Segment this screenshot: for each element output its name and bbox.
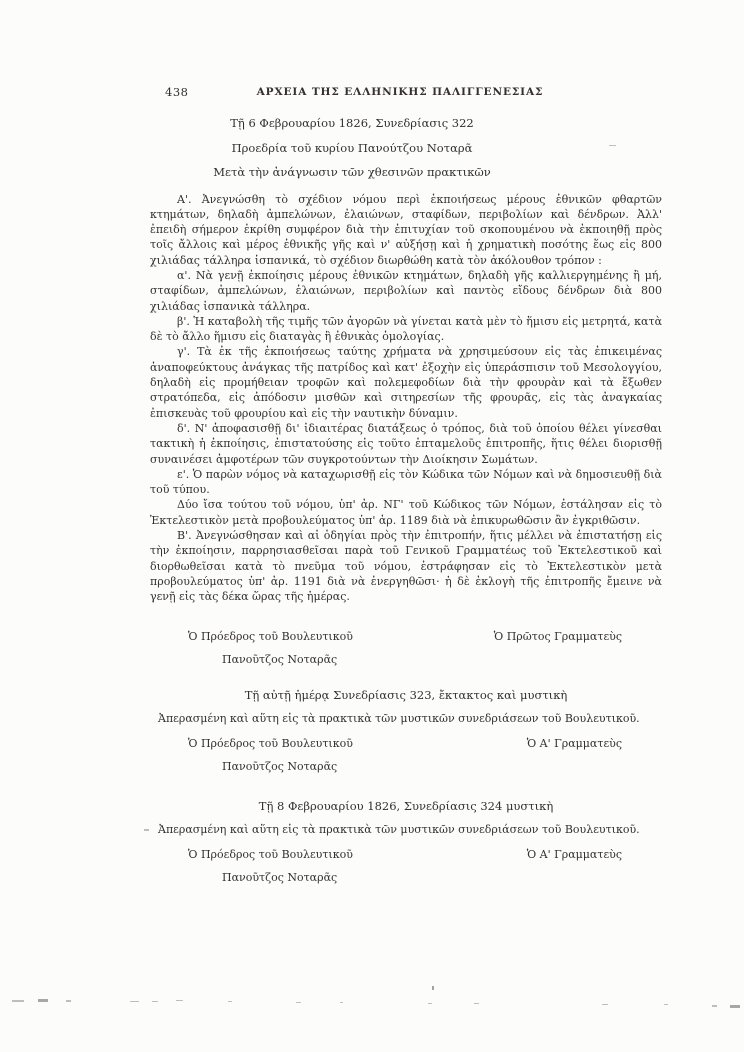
paragraph-copies: Δύο ἴσα τούτου τοῦ νόμου, ὑπ' ἀρ. ΝΓ' το… <box>150 497 662 528</box>
scan-speck <box>66 1000 71 1002</box>
paragraph-beta: β'. Ἡ καταβολὴ τῆς τιμῆς τῶν ἀγορῶν νὰ γ… <box>150 314 662 345</box>
scan-speck <box>130 1001 139 1002</box>
scan-speck <box>602 1004 608 1005</box>
session-324-heading: Τῇ 8 Φεβρουαρίου 1826, Συνεδρίασις 324 μ… <box>150 798 662 814</box>
president-title: Ὁ Πρόεδρος τοῦ Βουλευτικοῦ <box>188 736 353 751</box>
scan-speck <box>228 1001 232 1002</box>
scan-speck <box>176 1000 183 1001</box>
session-323-body: Ἀπερασμένη καὶ αὕτη εἰς τὰ πρακτικὰ τῶν … <box>150 711 662 726</box>
president-title: Ὁ Πρόεδρος τοῦ Βουλευτικοῦ <box>188 847 353 862</box>
secretary-title: Ὁ Α' Γραμματεὺς <box>527 736 622 751</box>
session-323: Τῇ αὐτῇ ἡμέρᾳ Συνεδρίασις 323, ἔκτακτος … <box>150 687 662 774</box>
paragraph-delta: δ'. Ν' ἀποφασισθῇ δι' ἰδιαιτέρας διατάξε… <box>150 421 662 467</box>
scan-speck <box>432 986 434 990</box>
document-page: 438 ΑΡΧΕΙΑ ΤΗΣ ΕΛΛΗΝΙΚΗΣ ΠΑΛΙΓΓΕΝΕΣΙΑΣ Τ… <box>0 0 744 1052</box>
scan-speck <box>340 1002 343 1003</box>
scan-speck <box>152 1001 158 1002</box>
president-title: Ὁ Πρόεδρος τοῦ Βουλευτικοῦ <box>188 629 353 644</box>
scan-speck <box>609 145 616 146</box>
session-322-heading-block: Τῇ 6 Φεβρουαρίου 1826, Συνεδρίασις 322 Π… <box>150 111 554 185</box>
secretary-title: Ὁ Πρῶτος Γραμματεὺς <box>494 629 622 644</box>
paragraph-epsilon: ε'. Ὁ παρὼν νόμος νὰ καταχωρισθῇ εἰς τὸν… <box>150 467 662 498</box>
session-324: Τῇ 8 Φεβρουαρίου 1826, Συνεδρίασις 324 μ… <box>150 798 662 885</box>
secretary-title: Ὁ Α' Γραμματεὺς <box>527 847 622 862</box>
signature-block-324: Ὁ Πρόεδρος τοῦ Βουλευτικοῦ Ὁ Α' Γραμματε… <box>150 847 662 885</box>
paragraph-B: Β'. Ἀνεγνώσθησαν καὶ αἱ ὁδηγίαι πρὸς τὴν… <box>150 528 662 604</box>
paragraph-A: Α'. Ἀνεγνώσθη τὸ σχέδιον νόμου περὶ ἐκπο… <box>150 192 662 268</box>
scan-speck <box>664 1004 668 1005</box>
signature-block-322: Ὁ Πρόεδρος τοῦ Βουλευτικοῦ Ὁ Πρῶτος Γραμ… <box>150 629 662 667</box>
presidency-line: Προεδρία τοῦ κυρίου Πανούτζου Νοταρᾶ <box>150 136 554 161</box>
president-name: Πανοῦτζος Νοταρᾶς <box>222 652 662 667</box>
scan-speck <box>296 1002 301 1003</box>
session-322: Τῇ 6 Φεβρουαρίου 1826, Συνεδρίασις 322 Π… <box>150 111 662 667</box>
scan-speck <box>144 829 149 831</box>
running-head: ΑΡΧΕΙΑ ΤΗΣ ΕΛΛΗΝΙΚΗΣ ΠΑΛΙΓΓΕΝΕΣΙΑΣ <box>144 86 656 98</box>
scan-speck <box>712 1005 717 1007</box>
scan-speck <box>474 1003 479 1004</box>
opening-line: Μετὰ τὴν ἀνάγνωσιν τῶν χθεσινῶν πρακτικῶ… <box>150 160 554 185</box>
president-name: Πανοῦτζος Νοταρᾶς <box>222 759 662 774</box>
paragraph-alpha: α'. Νὰ γενῇ ἐκποίησις μέρους ἐθνικῶν κτη… <box>150 268 662 314</box>
scan-speck <box>730 1005 740 1008</box>
minutes-body: Α'. Ἀνεγνώσθη τὸ σχέδιον νόμου περὶ ἐκπο… <box>150 192 662 605</box>
paragraph-gamma: γ'. Τὰ ἐκ τῆς ἐκποιήσεως ταύτης χρήματα … <box>150 344 662 420</box>
scan-speck <box>428 1003 432 1004</box>
president-name: Πανοῦτζος Νοταρᾶς <box>222 870 662 885</box>
session-324-body: Ἀπερασμένη καὶ αὕτη εἰς τὰ πρακτικὰ τῶν … <box>150 822 662 837</box>
session-323-heading: Τῇ αὐτῇ ἡμέρᾳ Συνεδρίασις 323, ἔκτακτος … <box>150 687 662 703</box>
signature-block-323: Ὁ Πρόεδρος τοῦ Βουλευτικοῦ Ὁ Α' Γραμματε… <box>150 736 662 774</box>
session-date-line: Τῇ 6 Φεβρουαρίου 1826, Συνεδρίασις 322 <box>150 111 554 136</box>
scan-speck <box>12 1000 24 1002</box>
scan-speck <box>38 999 48 1002</box>
page-content: Τῇ 6 Φεβρουαρίου 1826, Συνεδρίασις 322 Π… <box>150 111 662 885</box>
